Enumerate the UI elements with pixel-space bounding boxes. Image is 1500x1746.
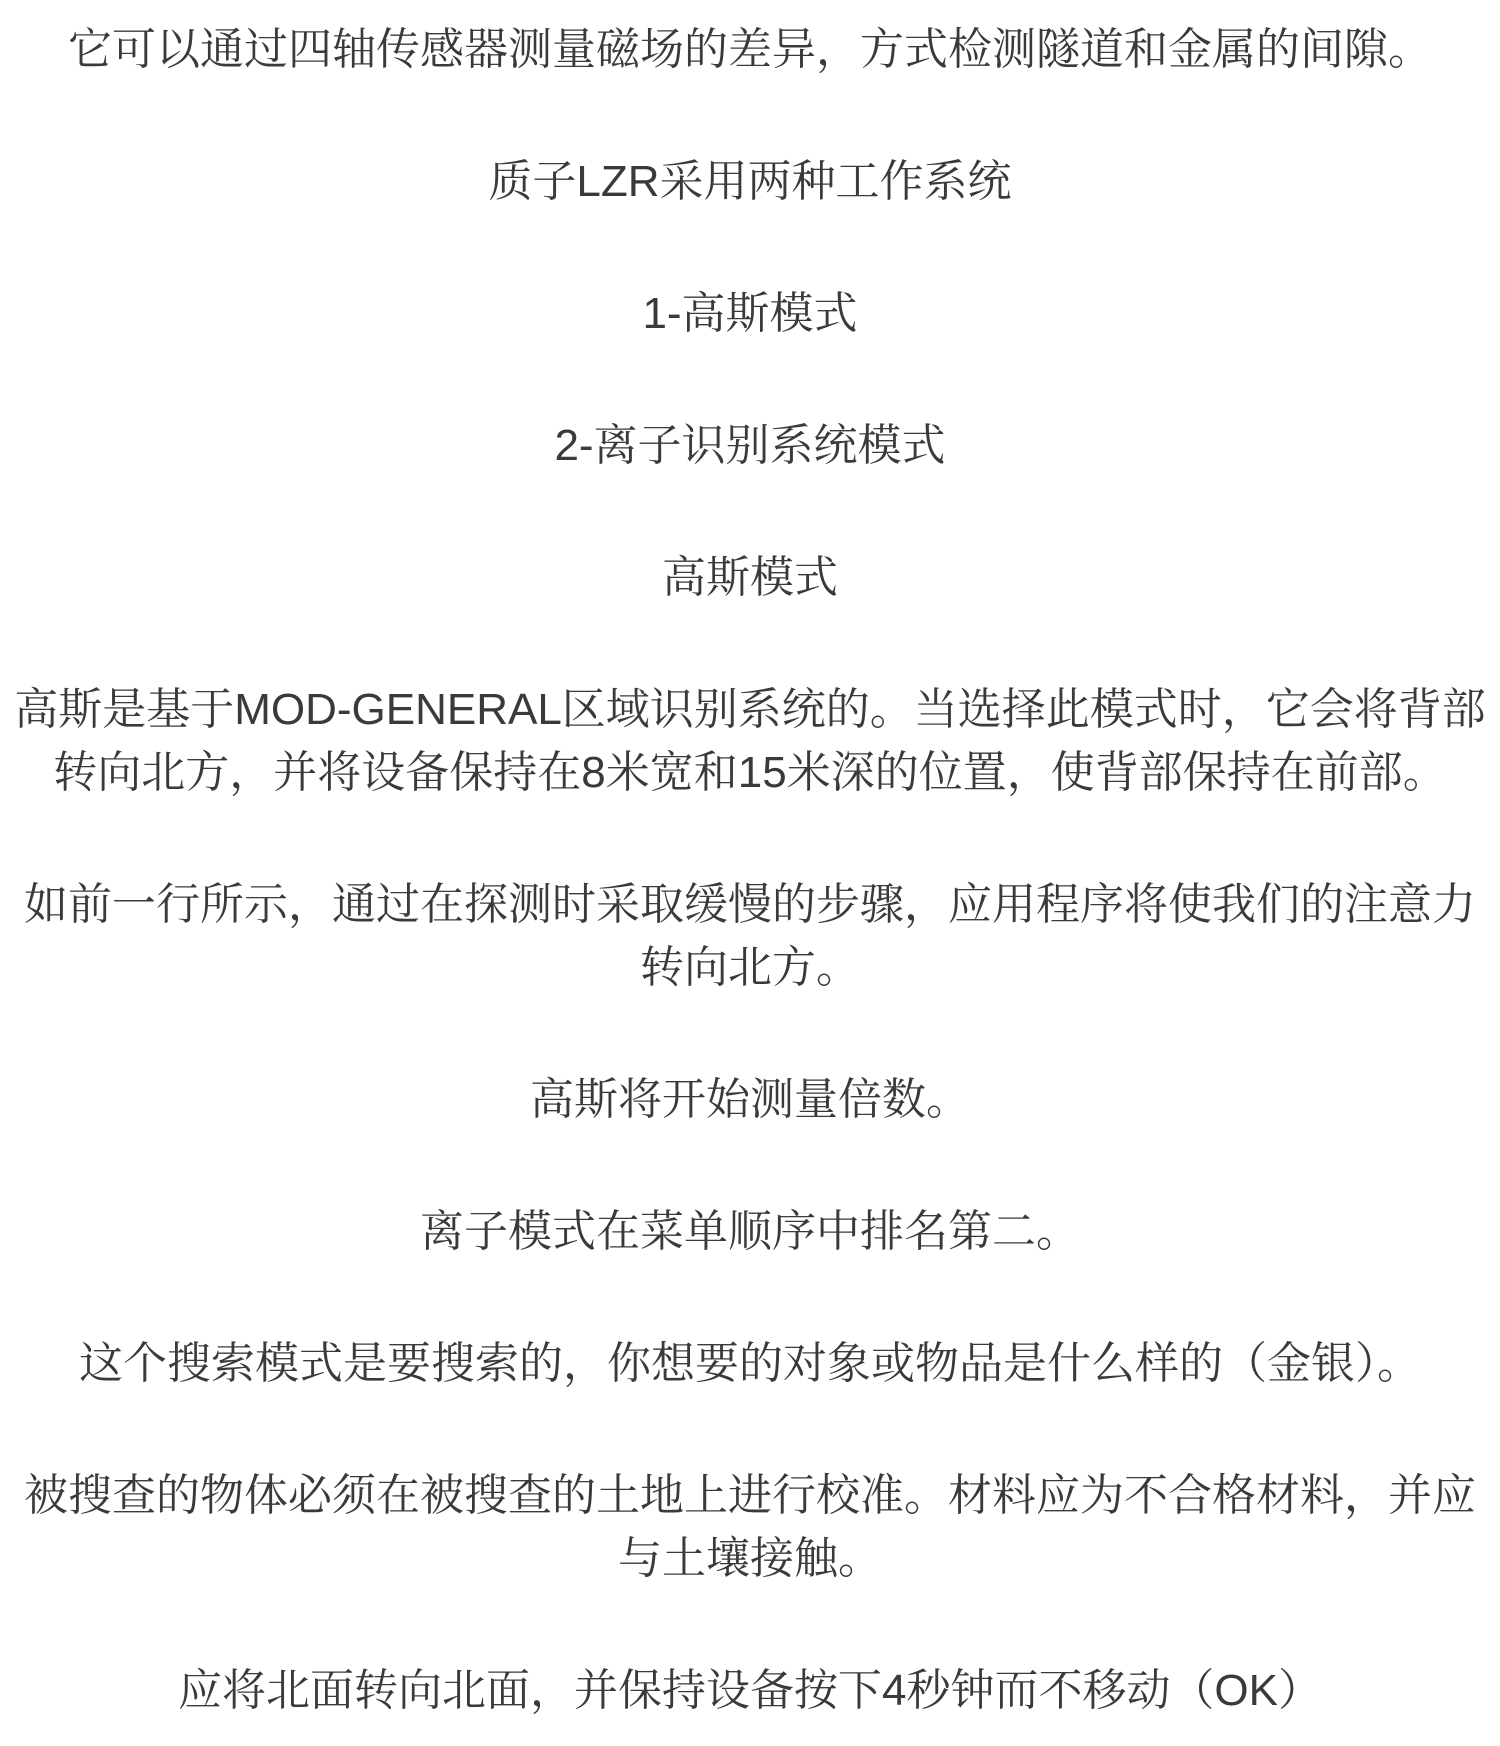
paragraph-calibration: 被搜查的物体必须在被搜查的土地上进行校准。材料应为不合格材料，并应与土壤接触。	[8, 1464, 1492, 1590]
paragraph-gauss-mode-detail: 高斯是基于MOD-GENERAL区域识别系统的。当选择此模式时，它会将背部转向北…	[8, 678, 1492, 804]
paragraph-gauss-mode-heading: 高斯模式	[8, 546, 1492, 609]
paragraph-two-systems: 质子LZR采用两种工作系统	[8, 150, 1492, 213]
paragraph-search-mode: 这个搜索模式是要搜索的，你想要的对象或物品是什么样的（金银）。	[8, 1332, 1492, 1395]
article-content: 它可以通过四轴传感器测量磁场的差异，方式检测隧道和金属的间隙。 质子LZR采用两…	[0, 0, 1500, 1746]
paragraph-gauss-measure: 高斯将开始测量倍数。	[8, 1068, 1492, 1131]
paragraph-sensor-description: 它可以通过四轴传感器测量磁场的差异，方式检测隧道和金属的间隙。	[8, 18, 1492, 81]
paragraph-mode-1-gauss: 1-高斯模式	[8, 282, 1492, 345]
paragraph-ion-menu-order: 离子模式在菜单顺序中排名第二。	[8, 1200, 1492, 1263]
paragraph-mode-2-ion: 2-离子识别系统模式	[8, 414, 1492, 477]
paragraph-hold-device-ok: 应将北面转向北面，并保持设备按下4秒钟而不移动（OK）	[8, 1659, 1492, 1722]
paragraph-detection-steps: 如前一行所示，通过在探测时采取缓慢的步骤，应用程序将使我们的注意力转向北方。	[8, 873, 1492, 999]
